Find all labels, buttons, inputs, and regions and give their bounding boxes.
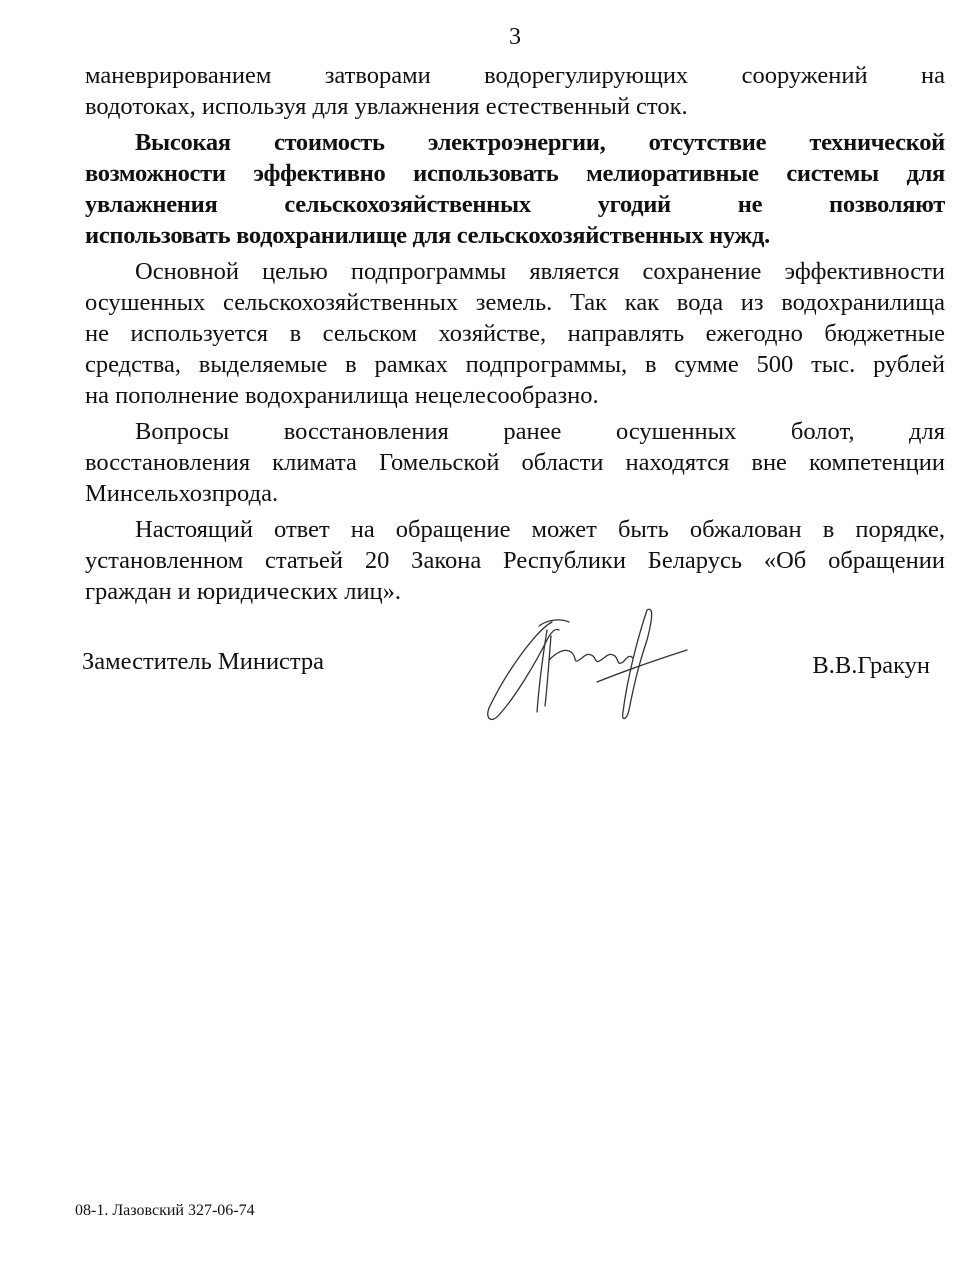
text-line: на пополнение водохранилища нецелесообра…: [85, 380, 945, 411]
signatory-name: В.В.Гракун: [812, 652, 930, 680]
paragraph-continuation: маневрированием затворами водорегулирующ…: [85, 60, 945, 122]
page-number: 3: [0, 24, 971, 51]
document-body: маневрированием затворами водорегулирующ…: [85, 60, 945, 612]
text-line: возможности эффективно использовать мели…: [85, 158, 945, 189]
text-line: Вопросы восстановления ранее осушенных б…: [85, 416, 945, 447]
text-line: использовать водохранилище для сельскохо…: [85, 220, 945, 251]
paragraph-bold-statement: Высокая стоимость электроэнергии, отсутс…: [85, 127, 945, 251]
text-line: установленном статьей 20 Закона Республи…: [85, 545, 945, 576]
paragraph-competence: Вопросы восстановления ранее осушенных б…: [85, 416, 945, 509]
text-line: Минсельхозпрода.: [85, 478, 945, 509]
text-line: осушенных сельскохозяйственных земель. Т…: [85, 287, 945, 318]
text-line: Высокая стоимость электроэнергии, отсутс…: [85, 127, 945, 158]
text-line: Настоящий ответ на обращение может быть …: [85, 514, 945, 545]
paragraph-subprogram-goal: Основной целью подпрограммы является сох…: [85, 256, 945, 411]
text-line: увлажнения сельскохозяйственных угодий н…: [85, 189, 945, 220]
text-line: маневрированием затворами водорегулирующ…: [85, 60, 945, 91]
paragraph-appeal-notice: Настоящий ответ на обращение может быть …: [85, 514, 945, 607]
signature-block: Заместитель Министра В.В.Гракун: [82, 600, 942, 740]
text-line: восстановления климата Гомельской област…: [85, 447, 945, 478]
text-line: не используется в сельском хозяйстве, на…: [85, 318, 945, 349]
text-line: водотоках, используя для увлажнения есте…: [85, 91, 945, 122]
text-line: Основной целью подпрограммы является сох…: [85, 256, 945, 287]
text-line: средства, выделяемые в рамках подпрограм…: [85, 349, 945, 380]
handwritten-signature-icon: [477, 600, 707, 730]
executor-reference: 08-1. Лазовский 327-06-74: [75, 1202, 255, 1220]
signatory-title: Заместитель Министра: [82, 648, 324, 676]
